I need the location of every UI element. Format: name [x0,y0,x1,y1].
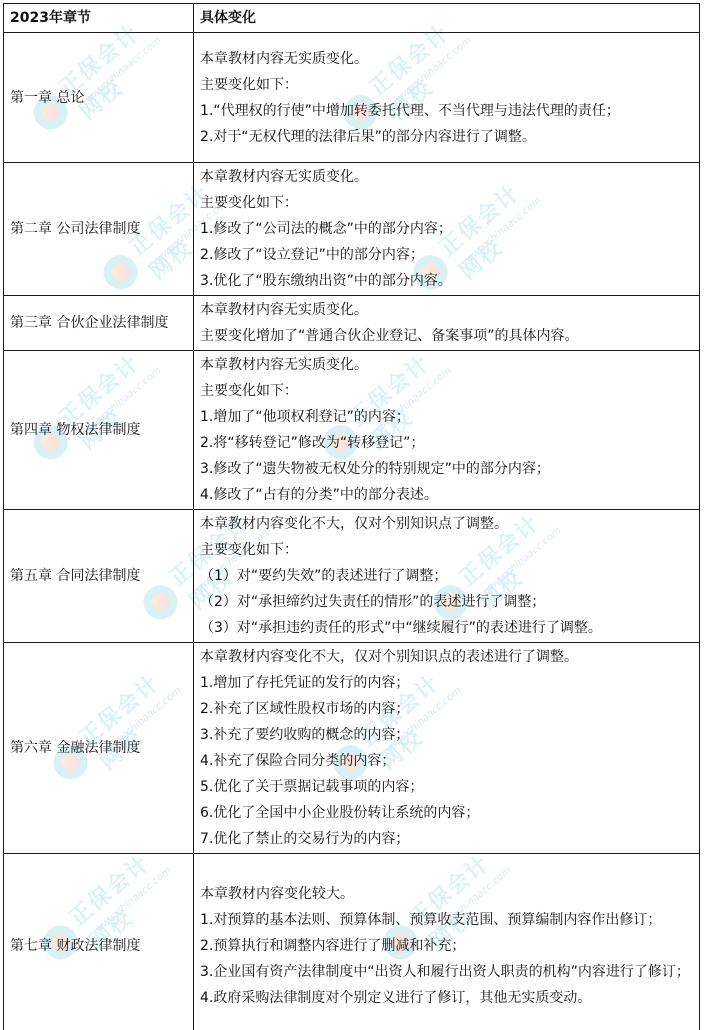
change-line: 7.优化了禁止的交易行为的内容； [200,826,693,852]
change-line: 5.优化了关于票据记载事项的内容； [200,774,693,800]
change-line: （1）对“要约失效”的表述进行了调整； [200,563,693,589]
change-line: 3.企业国有资产法律制度中“出资人和履行出资人职责的机构”内容进行了修订； [200,959,693,985]
changes-cell: 本章教材内容变化不大，仅对个别知识点的表述进行了调整。 1.增加了存托凭证的发行… [194,643,700,854]
chapter-cell: 第二章 公司法律制度 [4,163,194,296]
table-row: 第一章 总论 本章教材内容无实质变化。 主要变化如下： 1.“代理权的行使”中增… [4,33,700,163]
chapter-changes-table: 2023年章节 具体变化 第一章 总论 本章教材内容无实质变化。 主要变化如下：… [3,3,700,1030]
change-line: 1.对预算的基本法则、预算体制、预算收支范围、预算编制内容作出修订； [200,907,693,933]
change-line: （3）对“承担违约责任的形式”中“继续履行”的表述进行了调整。 [200,615,693,641]
table-row: 第二章 公司法律制度 本章教材内容无实质变化。 主要变化如下： 1.修改了“公司… [4,163,700,296]
chapter-cell: 第七章 财政法律制度 [4,854,194,1030]
changes-cell: 本章教材内容无实质变化。 主要变化如下： 1.“代理权的行使”中增加转委托代理、… [194,33,700,163]
column-header-changes: 具体变化 [194,4,700,33]
change-line: 1.修改了“公司法的概念”中的部分内容； [200,216,693,242]
change-line: 本章教材内容变化较大。 [200,881,693,907]
change-line: 本章教材内容无实质变化。 [200,46,693,72]
change-line: 3.修改了“遗失物被无权处分的特别规定”中的部分内容； [200,456,693,482]
chapter-cell: 第一章 总论 [4,33,194,163]
column-header-chapter: 2023年章节 [4,4,194,33]
change-line: 1.增加了存托凭证的发行的内容； [200,670,693,696]
chapter-cell: 第六章 金融法律制度 [4,643,194,854]
change-line: 本章教材内容无实质变化。 [200,297,693,323]
changes-cell: 本章教材内容无实质变化。 主要变化增加了“普通合伙企业登记、备案事项”的具体内容… [194,296,700,351]
change-line: 主要变化增加了“普通合伙企业登记、备案事项”的具体内容。 [200,323,693,349]
chapter-cell: 第五章 合同法律制度 [4,510,194,643]
change-line: 2.修改了“设立登记”中的部分内容； [200,242,693,268]
change-line: 1.增加了“他项权利登记”的内容； [200,404,693,430]
change-line: 主要变化如下： [200,378,693,404]
change-line: 2.将“移转登记”修改为“转移登记”； [200,430,693,456]
change-line: 2.预算执行和调整内容进行了删减和补充； [200,933,693,959]
change-line: 主要变化如下： [200,190,693,216]
change-line: 3.补充了要约收购的概念的内容； [200,722,693,748]
changes-cell: 本章教材内容无实质变化。 主要变化如下： 1.修改了“公司法的概念”中的部分内容… [194,163,700,296]
change-line: 2.补充了区域性股权市场的内容； [200,696,693,722]
change-line: 1.“代理权的行使”中增加转委托代理、不当代理与违法代理的责任； [200,98,693,124]
change-line: 本章教材内容无实质变化。 [200,164,693,190]
change-line: 4.政府采购法律制度对个别定义进行了修订，其他无实质变动。 [200,985,693,1011]
change-line: 3.优化了“股东缴纳出资”中的部分内容。 [200,268,693,294]
changes-cell: 本章教材内容变化较大。 1.对预算的基本法则、预算体制、预算收支范围、预算编制内… [194,854,700,1030]
chapter-cell: 第三章 合伙企业法律制度 [4,296,194,351]
change-line: 2.对于“无权代理的法律后果”的部分内容进行了调整。 [200,124,693,150]
table-row: 第五章 合同法律制度 本章教材内容变化不大，仅对个别知识点了调整。 主要变化如下… [4,510,700,643]
changes-cell: 本章教材内容变化不大，仅对个别知识点了调整。 主要变化如下： （1）对“要约失效… [194,510,700,643]
change-line: 主要变化如下： [200,537,693,563]
table-header-row: 2023年章节 具体变化 [4,4,700,33]
table-row: 第三章 合伙企业法律制度 本章教材内容无实质变化。 主要变化增加了“普通合伙企业… [4,296,700,351]
table-row: 第七章 财政法律制度 本章教材内容变化较大。 1.对预算的基本法则、预算体制、预… [4,854,700,1030]
chapter-cell: 第四章 物权法律制度 [4,351,194,510]
change-line: 本章教材内容变化不大，仅对个别知识点的表述进行了调整。 [200,644,693,670]
changes-cell: 本章教材内容无实质变化。 主要变化如下： 1.增加了“他项权利登记”的内容； 2… [194,351,700,510]
table-row: 第四章 物权法律制度 本章教材内容无实质变化。 主要变化如下： 1.增加了“他项… [4,351,700,510]
change-line: 本章教材内容变化不大，仅对个别知识点了调整。 [200,511,693,537]
change-line: （2）对“承担缔约过失责任的情形”的表述进行了调整； [200,589,693,615]
change-line: 本章教材内容无实质变化。 [200,352,693,378]
change-line: 4.补充了保险合同分类的内容； [200,748,693,774]
change-line: 6.优化了全国中小企业股份转让系统的内容； [200,800,693,826]
change-line: 主要变化如下： [200,72,693,98]
table-row: 第六章 金融法律制度 本章教材内容变化不大，仅对个别知识点的表述进行了调整。 1… [4,643,700,854]
change-line: 4.修改了“占有的分类”中的部分表述。 [200,482,693,508]
